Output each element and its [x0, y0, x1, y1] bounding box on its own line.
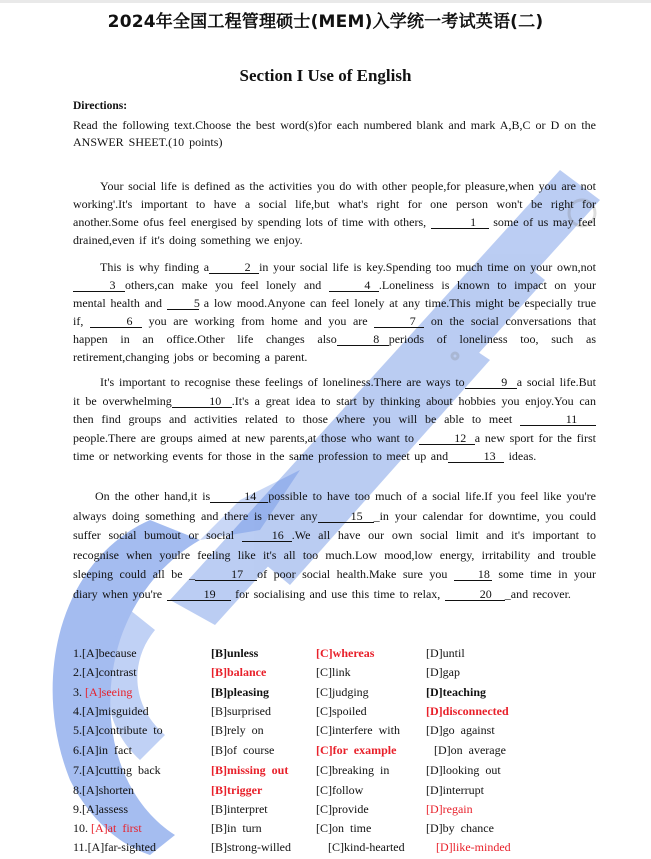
question-number: 8. [73, 783, 82, 797]
blank-18: 18 [454, 568, 492, 581]
passage-paragraph-1: Your social life is defined as the activ… [73, 177, 596, 249]
option-9-a[interactable]: 9.[A]assess [73, 802, 128, 817]
option-5-a[interactable]: 5.[A]contribute to [73, 723, 163, 738]
option-7-c[interactable]: [C]breaking in [316, 763, 389, 778]
option-3-a[interactable]: 3. [A]seeing [73, 685, 132, 700]
option-10-a[interactable]: 10. [A]at first [73, 821, 142, 836]
option-8-b[interactable]: [B]trigger [211, 783, 262, 798]
blank-19: 19 [167, 588, 231, 601]
option-6-d[interactable]: [D]on average [434, 743, 506, 758]
blank-17: 17 [195, 568, 257, 581]
question-6-options: 6.[A]in fact[B]of course[C]for example[D… [73, 743, 613, 759]
blank-10: 10 [172, 395, 232, 408]
option-6-c[interactable]: [C]for example [316, 743, 396, 758]
option-1-c[interactable]: [C]whereas [316, 646, 374, 661]
question-4-options: 4.[A]misguided[B]surprised[C]spoiled[D]d… [73, 704, 613, 720]
question-10-options: 10. [A]at first[B]in turn[C]on time[D]by… [73, 821, 613, 837]
question-number: 10. [73, 821, 91, 835]
blank-15: 15 [318, 510, 374, 523]
option-9-b[interactable]: [B]interpret [211, 802, 268, 817]
option-7-b[interactable]: [B]missing out [211, 763, 288, 778]
question-8-options: 8.[A]shorten[B]trigger[C]follow[D]interr… [73, 783, 613, 799]
blank-14: 14 [210, 490, 268, 503]
blank-12: 12 [419, 432, 475, 445]
option-11-d[interactable]: [D]like-minded [436, 840, 511, 855]
passage-paragraph-2: This is why finding a2in your social lif… [73, 258, 596, 366]
question-number: 1. [73, 646, 82, 660]
option-10-b[interactable]: [B]in turn [211, 821, 262, 836]
option-9-c[interactable]: [C]provide [316, 802, 369, 817]
exam-page: 2024年全国工程管理硕士(MEM)入学统一考试英语(二) Section I … [0, 0, 651, 859]
option-5-b[interactable]: [B]rely on [211, 723, 264, 738]
option-3-b[interactable]: [B]pleasing [211, 685, 269, 700]
option-11-b[interactable]: [B]strong-willed [211, 840, 291, 855]
option-4-b[interactable]: [B]surprised [211, 704, 271, 719]
option-10-d[interactable]: [D]by chance [426, 821, 494, 836]
question-number: 11. [73, 840, 88, 854]
exam-title: 2024年全国工程管理硕士(MEM)入学统一考试英语(二) [0, 7, 651, 32]
question-7-options: 7.[A]cutting back[B]missing out[C]breaki… [73, 763, 613, 779]
question-number: 6. [73, 743, 82, 757]
blank-11: 11 [520, 413, 596, 426]
passage-paragraph-4: On the other hand,it is14possible to hav… [73, 487, 596, 604]
blank-5: 5 [167, 297, 199, 310]
option-1-d[interactable]: [D]until [426, 646, 465, 661]
option-4-c[interactable]: [C]spoiled [316, 704, 367, 719]
question-5-options: 5.[A]contribute to[B]rely on[C]interfere… [73, 723, 613, 739]
question-number: 2. [73, 665, 82, 679]
blank-2: 2 [209, 261, 259, 274]
option-3-c[interactable]: [C]judging [316, 685, 369, 700]
option-5-c[interactable]: [C]interfere with [316, 723, 400, 738]
directions-text: Read the following text.Choose the best … [73, 117, 596, 151]
question-number: 3. [73, 685, 85, 699]
option-4-d[interactable]: [D]disconnected [426, 704, 509, 719]
blank-3: 3 [73, 279, 125, 292]
option-2-b[interactable]: [B]balance [211, 665, 266, 680]
option-10-c[interactable]: [C]on time [316, 821, 371, 836]
option-2-a[interactable]: 2.[A]contrast [73, 665, 137, 680]
question-number: 4. [73, 704, 82, 718]
blank-1: 1 [431, 216, 489, 229]
option-1-a[interactable]: 1.[A]because [73, 646, 137, 661]
question-number: 9. [73, 802, 82, 816]
blank-13: 13 [448, 450, 504, 463]
option-11-a[interactable]: 11.[A]far-sighted [73, 840, 156, 855]
option-8-a[interactable]: 8.[A]shorten [73, 783, 134, 798]
question-2-options: 2.[A]contrast[B]balance[C]link[D]gap [73, 665, 613, 681]
option-7-d[interactable]: [D]looking out [426, 763, 501, 778]
section-title: Section I Use of English [0, 66, 651, 86]
option-7-a[interactable]: 7.[A]cutting back [73, 763, 161, 778]
passage-paragraph-3: It's important to recognise these feelin… [73, 373, 596, 466]
option-3-d[interactable]: [D]teaching [426, 685, 486, 700]
question-11-options: 11.[A]far-sighted[B]strong-willed[C]kind… [73, 840, 613, 856]
option-8-d[interactable]: [D]interrupt [426, 783, 484, 798]
option-2-d[interactable]: [D]gap [426, 665, 460, 680]
option-1-b[interactable]: [B]unless [211, 646, 258, 661]
option-2-c[interactable]: [C]link [316, 665, 351, 680]
question-3-options: 3. [A]seeing[B]pleasing[C]judging[D]teac… [73, 685, 613, 701]
option-11-c[interactable]: [C]kind-hearted [328, 840, 405, 855]
option-8-c[interactable]: [C]follow [316, 783, 363, 798]
blank-6: 6 [90, 315, 142, 328]
option-6-a[interactable]: 6.[A]in fact [73, 743, 132, 758]
option-6-b[interactable]: [B]of course [211, 743, 274, 758]
question-9-options: 9.[A]assess[B]interpret[C]provide[D]rega… [73, 802, 613, 818]
blank-9: 9 [465, 376, 517, 389]
blank-4: 4 [329, 279, 379, 292]
blank-7: 7 [374, 315, 424, 328]
blank-8: 8 [337, 333, 389, 346]
question-number: 7. [73, 763, 82, 777]
option-9-d[interactable]: [D]regain [426, 802, 473, 817]
blank-20: 20 [445, 588, 505, 601]
question-1-options: 1.[A]because[B]unless[C]whereas[D]until [73, 646, 613, 662]
directions-label: Directions: [73, 100, 127, 112]
blank-16: 16 [242, 529, 292, 542]
option-5-d[interactable]: [D]go against [426, 723, 495, 738]
question-number: 5. [73, 723, 82, 737]
option-4-a[interactable]: 4.[A]misguided [73, 704, 149, 719]
